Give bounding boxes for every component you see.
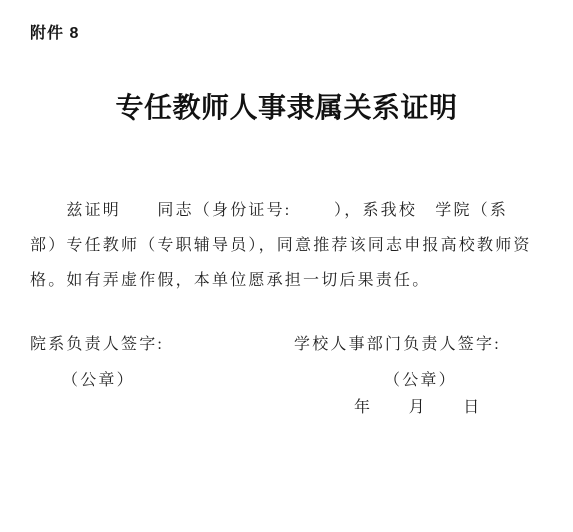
certificate-body: 兹证明 同志（身份证号: ），系我校 学院（系 部）专任教师（专职辅导员），同意…: [30, 193, 555, 298]
document-page: 附件 8 专任教师人事隶属关系证明 兹证明 同志（身份证号: ），系我校 学院（…: [0, 0, 573, 532]
body-line-3: 格。如有弄虚作假，本单位愿承担一切后果责任。: [30, 263, 555, 298]
dept-head-signature-label: 院系负责人签字:: [30, 331, 164, 354]
body-line-1: 兹证明 同志（身份证号: ），系我校 学院（系: [30, 193, 555, 228]
date-line: 年 月 日: [354, 394, 481, 417]
hr-seal-label: （公章）: [384, 367, 457, 390]
page-title: 专任教师人事隶属关系证明: [0, 86, 573, 126]
hr-dept-signature-label: 学校人事部门负责人签字:: [294, 331, 501, 354]
attachment-label: 附件 8: [30, 20, 79, 43]
dept-seal-label: （公章）: [62, 367, 135, 390]
body-line-2: 部）专任教师（专职辅导员），同意推荐该同志申报高校教师资: [30, 228, 555, 263]
